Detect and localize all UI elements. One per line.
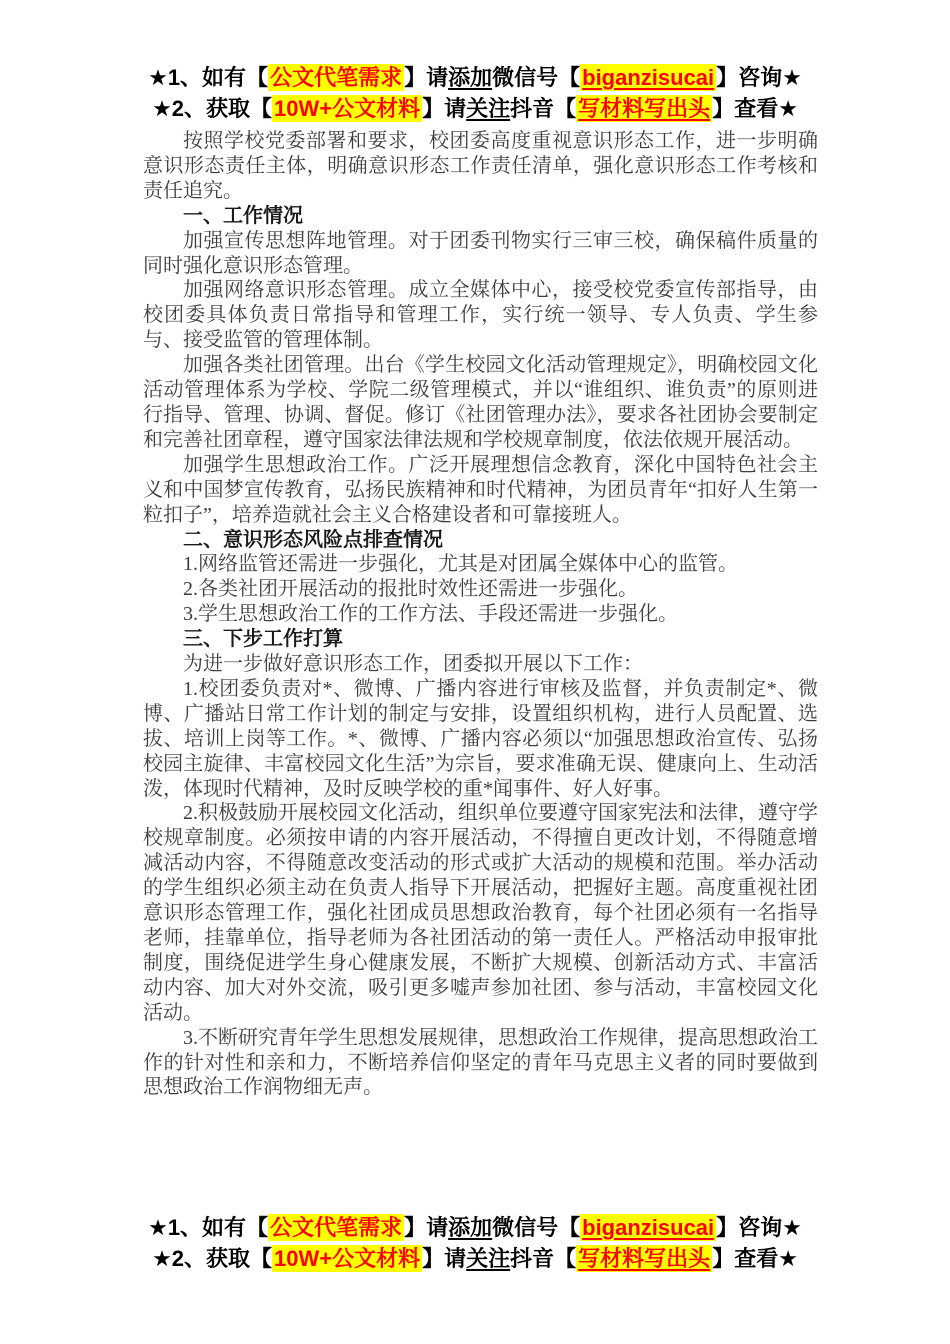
promo-text-segment: 】咨询★ bbox=[716, 65, 802, 90]
promo-footer-line-1: ★1、如有【公文代笔需求】请添加微信号【biganzisucai】咨询★ bbox=[0, 1212, 950, 1243]
section-heading-2: 二、意识形态风险点排查情况 bbox=[143, 528, 818, 553]
section-heading-3: 三、下步工作打算 bbox=[143, 627, 818, 652]
list-item-1: 1.网络监管还需进一步强化，尤其是对团属全媒体中心的监管。 bbox=[143, 552, 818, 577]
promo-header: ★1、如有【公文代笔需求】请添加微信号【biganzisucai】咨询★ ★2、… bbox=[0, 62, 950, 124]
follow-action-underline: 关注 bbox=[466, 1246, 510, 1271]
promo-text-segment: ★1、如有【 bbox=[148, 1215, 268, 1240]
promo-text-segment: 抖音【 bbox=[510, 1246, 576, 1271]
douyin-name-highlight: 写材料写出头 bbox=[576, 1245, 712, 1272]
paragraph: 加强宣传思想阵地管理。对于团委刊物实行三审三校，确保稿件质量的同时强化意识形态管… bbox=[143, 229, 818, 279]
materials-highlight: 10W+公文材料 bbox=[272, 1245, 422, 1272]
promo-text-segment: ★2、获取【 bbox=[152, 1246, 272, 1271]
list-item-3: 3.学生思想政治工作的工作方法、手段还需进一步强化。 bbox=[143, 602, 818, 627]
promo-text-segment: 微信号【 bbox=[492, 1215, 580, 1240]
follow-action-underline: 关注 bbox=[466, 96, 510, 121]
promo-text-segment: 】请 bbox=[422, 96, 466, 121]
add-action-underline: 添加 bbox=[448, 65, 492, 90]
service-highlight: 公文代笔需求 bbox=[268, 1214, 404, 1241]
promo-header-line-1: ★1、如有【公文代笔需求】请添加微信号【biganzisucai】咨询★ bbox=[0, 62, 950, 93]
promo-text-segment: ★1、如有【 bbox=[148, 65, 268, 90]
promo-text-segment: 】请 bbox=[422, 1246, 466, 1271]
promo-text-segment: 微信号【 bbox=[492, 65, 580, 90]
promo-header-line-2: ★2、获取【10W+公文材料】请关注抖音【写材料写出头】查看★ bbox=[0, 93, 950, 124]
list-item-2: 2.各类社团开展活动的报批时效性还需进一步强化。 bbox=[143, 577, 818, 602]
wechat-id-highlight: biganzisucai bbox=[580, 1214, 716, 1241]
promo-text-segment: 】请 bbox=[404, 65, 448, 90]
promo-text-segment: 】查看★ bbox=[712, 1246, 798, 1271]
plan-item-1: 1.校团委负责对*、微博、广播内容进行审核及监督，并负责制定*、微博、广播站日常… bbox=[143, 677, 818, 802]
plan-item-3: 3.不断研究青年学生思想发展规律，思想政治工作规律，提高思想政治工作的针对性和亲… bbox=[143, 1026, 818, 1101]
paragraph: 加强各类社团管理。出台《学生校园文化活动管理规定》，明确校园文化活动管理体系为学… bbox=[143, 353, 818, 453]
section-heading-1: 一、工作情况 bbox=[143, 204, 818, 229]
paragraph: 加强学生思想政治工作。广泛开展理想信念教育，深化中国特色社会主义和中国梦宣传教育… bbox=[143, 453, 818, 528]
paragraph: 为进一步做好意识形态工作，团委拟开展以下工作： bbox=[143, 652, 818, 677]
douyin-name-highlight: 写材料写出头 bbox=[576, 95, 712, 122]
wechat-id-highlight: biganzisucai bbox=[580, 64, 716, 91]
materials-highlight: 10W+公文材料 bbox=[272, 95, 422, 122]
add-action-underline: 添加 bbox=[448, 1215, 492, 1240]
promo-text-segment: ★2、获取【 bbox=[152, 96, 272, 121]
promo-text-segment: 】查看★ bbox=[712, 96, 798, 121]
paragraph: 加强网络意识形态管理。成立全媒体中心，接受校党委宣传部指导，由校团委具体负责日常… bbox=[143, 278, 818, 353]
promo-footer-line-2: ★2、获取【10W+公文材料】请关注抖音【写材料写出头】查看★ bbox=[0, 1243, 950, 1274]
paragraph-intro: 按照学校党委部署和要求，校团委高度重视意识形态工作，进一步明确意识形态责任主体，… bbox=[143, 129, 818, 204]
plan-item-2: 2.积极鼓励开展校园文化活动，组织单位要遵守国家宪法和法律，遵守学校规章制度。必… bbox=[143, 801, 818, 1025]
service-highlight: 公文代笔需求 bbox=[268, 64, 404, 91]
promo-text-segment: 抖音【 bbox=[510, 96, 576, 121]
promo-footer: ★1、如有【公文代笔需求】请添加微信号【biganzisucai】咨询★ ★2、… bbox=[0, 1212, 950, 1274]
promo-text-segment: 】咨询★ bbox=[716, 1215, 802, 1240]
document-page: ★1、如有【公文代笔需求】请添加微信号【biganzisucai】咨询★ ★2、… bbox=[0, 0, 950, 1344]
promo-text-segment: 】请 bbox=[404, 1215, 448, 1240]
document-body: 按照学校党委部署和要求，校团委高度重视意识形态工作，进一步明确意识形态责任主体，… bbox=[143, 129, 818, 1100]
